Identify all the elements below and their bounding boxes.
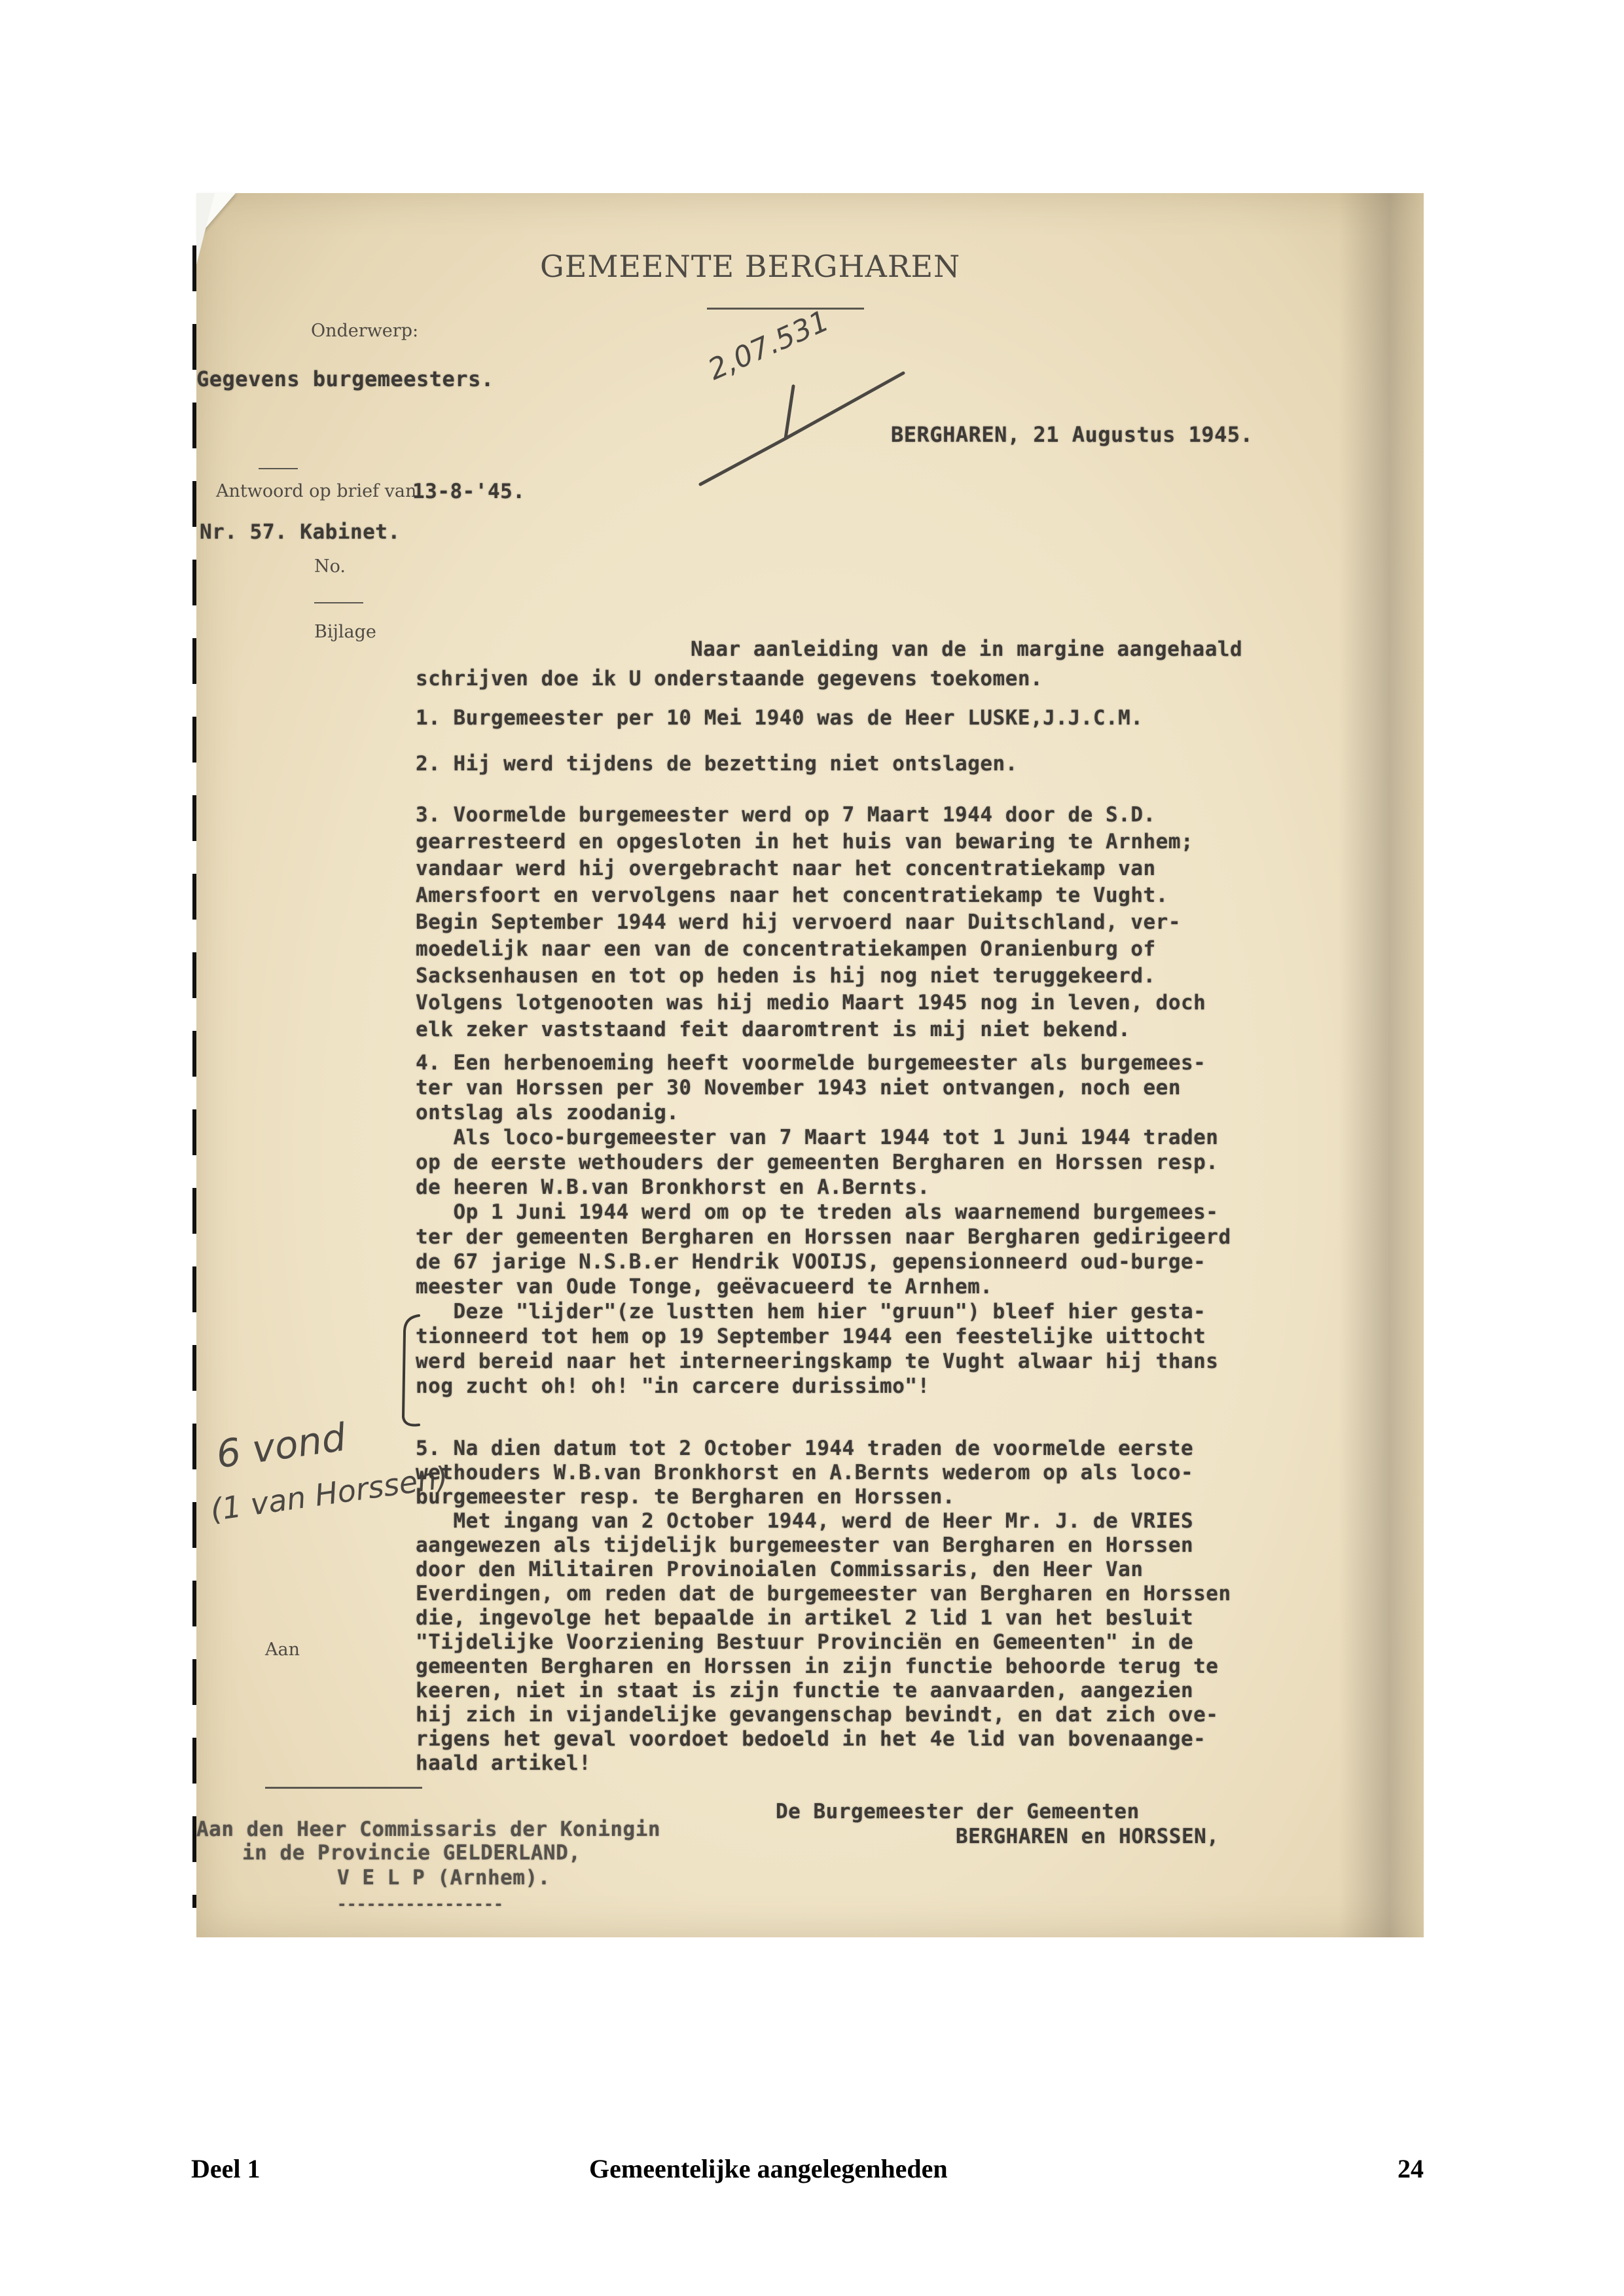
- binding-edge: [192, 245, 196, 1908]
- handwritten-stroke: [694, 347, 910, 497]
- subject-value: Gegevens burgemeesters.: [196, 367, 494, 391]
- letterhead-title: GEMEENTE BERGHAREN: [540, 249, 960, 284]
- address-line-3: V E L P (Arnhem).: [337, 1866, 550, 1890]
- addressee-label: Aan: [265, 1640, 300, 1660]
- folded-corner-edge: [196, 193, 215, 265]
- address-dashes: -----------------: [337, 1895, 503, 1913]
- footer-section: Gemeentelijke aangelegenheden: [589, 2153, 948, 2184]
- point-4: 4. Een herbenoeming heeft voormelde burg…: [416, 1050, 1398, 1399]
- reply-to-value: 13-8-'45.: [412, 480, 525, 503]
- place-date: BERGHAREN, 21 Augustus 1945.: [880, 410, 1253, 459]
- number-label: No.: [314, 556, 346, 577]
- address-line-2: in de Provincie GELDERLAND,: [242, 1841, 581, 1865]
- reference-number: Nr. 57. Kabinet.: [200, 520, 401, 544]
- reply-to-label: Antwoord op brief van: [216, 481, 416, 501]
- closing-rule: [265, 1787, 422, 1789]
- separator: [259, 468, 298, 469]
- separator: [314, 602, 363, 603]
- footer-part: Deel 1: [191, 2153, 261, 2184]
- point-3: 3. Voormelde burgemeester werd op 7 Maar…: [416, 802, 1398, 1043]
- point-2: 2. Hij werd tijdens de bezetting niet on…: [416, 749, 1398, 779]
- attachment-label: Bijlage: [314, 622, 376, 642]
- address-line-1: Aan den Heer Commissaris der Koningin: [196, 1818, 660, 1841]
- subject-label: Onderwerp:: [311, 321, 418, 341]
- point-5: 5. Na dien datum tot 2 October 1944 trad…: [416, 1437, 1398, 1776]
- handwritten-bracket: [399, 1312, 425, 1430]
- footer-page-number: 24: [1398, 2153, 1424, 2184]
- signature-line-1: De Burgemeester der Gemeenten: [776, 1800, 1140, 1823]
- handwritten-margin-note-1: 6 vond: [213, 1415, 348, 1477]
- scanned-letter: GEMEENTE BERGHAREN Onderwerp: Gegevens b…: [196, 193, 1424, 1937]
- signature-line-2: BERGHAREN en HORSSEN,: [956, 1825, 1219, 1848]
- place-date-value: BERGHAREN, 21 Augustus 1945.: [891, 422, 1253, 447]
- letterhead-rule: [707, 308, 864, 310]
- point-1: 1. Burgemeester per 10 Mei 1940 was de H…: [416, 704, 1398, 733]
- intro-paragraph: Naar aanleiding van de in margine aangeh…: [416, 635, 1398, 694]
